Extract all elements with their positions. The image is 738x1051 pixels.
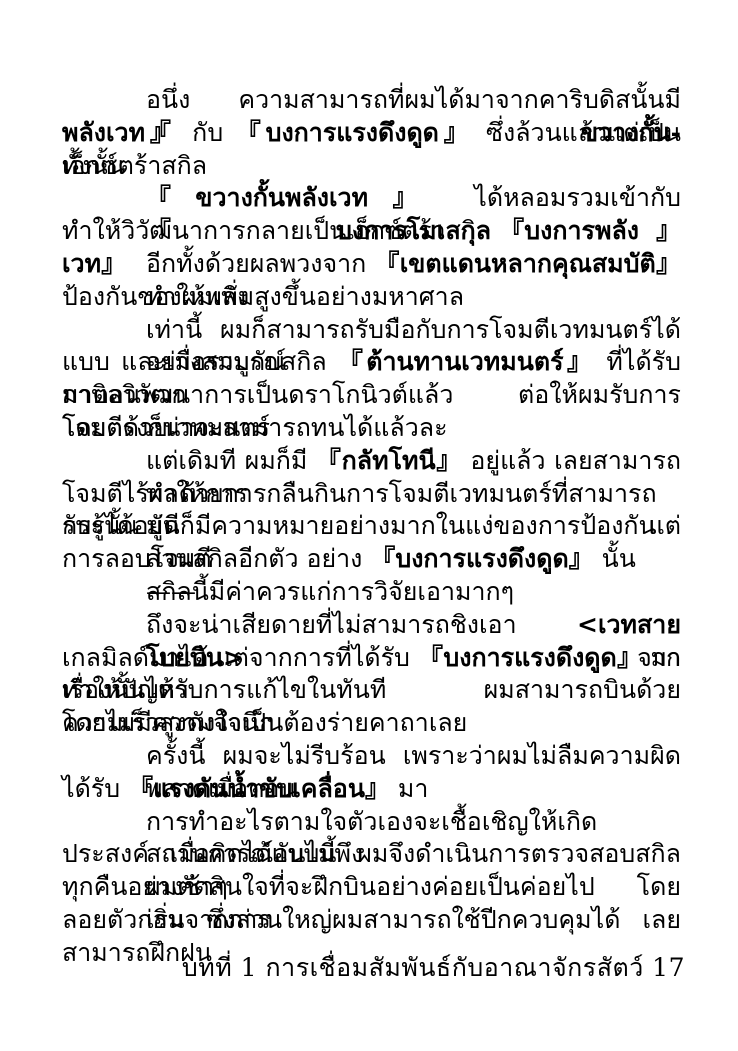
text-line: ส่วนสกิลอีกตัว อย่าง 『บงการแรงดึงดูด』 นั… [62,543,681,576]
text-line: ป้องกันของผมเพิ่มสูงขึ้นอย่างมหาศาล [62,281,681,314]
text-line: แบบ และเมื่อรวมกับสกิล 『ต้านทานเวทมนตร์』… [62,346,681,379]
skill-name-text: 『ขวางกั้นพลังเวท』 [146,183,442,212]
text-segment: ส่วนสกิลอีกตัว อย่าง [146,544,370,573]
skill-name-text: 『บงการแรงดึงดูด』 [370,544,593,573]
text-segment: อนึ่ง ความสามารถที่ผมได้มาจากคาริบดิสนั้… [146,85,681,114]
text-line: โดยไม่มีความจำเป็นต้องร่ายคาถาเลย [62,707,681,740]
text-segment: แต่เดิมที ผมก็มี [146,446,316,475]
text-line: ทำให้วิวัฒนาการกลายเป็นเอ็กซ์ตร้าสกิล 『บ… [62,215,681,248]
text-line: พลังเวท』 กับ 『บงการแรงดึงดูด』 ซึ่งล้วนแล… [62,117,681,150]
text-segment: มา [390,774,428,803]
text-segment: ถึงจะน่าเสียดายที่ไม่สามารถชิงเอา [146,610,577,639]
text-line: ประสงค์ เมื่อคิดได้แบบนี้ ผมจึงดำเนินการ… [62,838,681,871]
skill-name-text: 『ต้านทานเวทมนตร์』 [338,347,595,376]
text-segment: ป้องกันของผมเพิ่มสูงขึ้นอย่างมหาศาล [62,282,464,311]
text-line: ครั้งนี้ ผมจะไม่รีบร้อน เพราะว่าผมไม่ลืม… [62,740,681,773]
skill-name-text: 『บงการแรงดึงดูด』 [236,118,474,147]
text-line: อีกทั้งด้วยผลพวงจาก 『เขตแดนหลากคุณสมบัติ… [62,248,681,281]
text-line: อนึ่ง ความสามารถที่ผมได้มาจากคาริบดิสนั้… [62,84,681,117]
text-segment: โดยตรงก็น่าจะสามารถทนได้แล้วละ [62,413,448,442]
text-line: ถึงจะน่าเสียดายที่ไม่สามารถชิงเอา <เวทสา… [62,609,681,642]
text-line: แต่เดิมที ผมก็มี 『กลัทโทนี』 อยู่แล้ว เลย… [62,445,681,478]
text-line: 『ขวางกั้นพลังเวท』 ได้หลอมรวมเข้ากับ 『บงก… [62,182,681,215]
text-line: ลอยตัวก่อน ซึ่งส่วนใหญ่ผมสามารถใช้ปีกควบ… [62,904,681,937]
text-line: ได้รับ 『แรงดันน้ำขับเคลื่อน』 มา [62,773,681,806]
text-segment: ได้รับ [62,774,128,803]
text-line: เท่านี้ ผมก็สามารถรับมือกับการโจมตีเวทมน… [62,314,681,347]
text-segment: เกลมิลด์มาได้ แต่จากการที่ได้รับ [62,643,418,672]
text-line: เกลมิลด์มาได้ แต่จากการที่ได้รับ 『บงการแ… [62,642,681,675]
text-line: กาบิลวิวัฒนาการเป็นดราโกนิวต์แล้ว ต่อให้… [62,379,681,412]
book-page: อนึ่ง ความสามารถที่ผมได้มาจากคาริบดิสนั้… [0,0,738,1051]
skill-name-text: 『กลัทโทนี』 [316,446,462,475]
skill-name-text: 『บงการแรงดึงดูด』 [418,643,642,672]
text-line: โจมตีไร้ผลด้วยการกลืนกินการโจมตีเวทมนตร์… [62,478,681,511]
text-line: เรื่องนั้นได้รับการแก้ไขในทันที ผมสามารถ… [62,674,681,707]
skill-name-text: 『เขตแดนหลากคุณสมบัติ』 [374,249,681,278]
text-line: การทำอะไรตามใจตัวเองจะเชื้อเชิญให้เกิดสถ… [62,806,681,839]
chapter-footer: บทที่ 1 การเชื่อมสัมพันธ์กับอาณาจักรสัตว… [62,951,685,985]
text-segment: กับ [180,118,236,147]
text-segment: ทั้งนั้น [62,151,125,180]
skill-name-text: พลังเวท』 [62,118,180,147]
skill-name-text: 『แรงดันน้ำขับเคลื่อน』 [128,774,390,803]
text-line: สกิลนี้มีค่าควรแก่การวิจัยเอามากๆ [62,576,681,609]
text-segment: ได้หลอมรวมเข้ากับ [442,183,681,212]
text-line: โดยตรงก็น่าจะสามารถทนได้แล้วละ [62,412,681,445]
text-line: ผมตัดสินใจที่จะฝึกบินอย่างค่อยเป็นค่อยไป… [62,871,681,904]
text-line: กระนั้น มันก็มีความหมายอย่างมากในแง่ของก… [62,510,681,543]
text-block: อนึ่ง ความสามารถที่ผมได้มาจากคาริบดิสนั้… [62,84,681,937]
text-segment: อีกทั้งด้วยผลพวงจาก [146,249,374,278]
text-segment: ทำให้วิวัฒนาการกลายเป็นเอ็กซ์ตร้าสกิล [62,216,499,245]
text-segment: โดยไม่มีความจำเป็นต้องร่ายคาถาเลย [62,708,467,737]
text-segment: แบบ และเมื่อรวมกับสกิล [62,347,338,376]
text-segment: สกิลนี้มีค่าควรแก่การวิจัยเอามากๆ [146,577,514,606]
